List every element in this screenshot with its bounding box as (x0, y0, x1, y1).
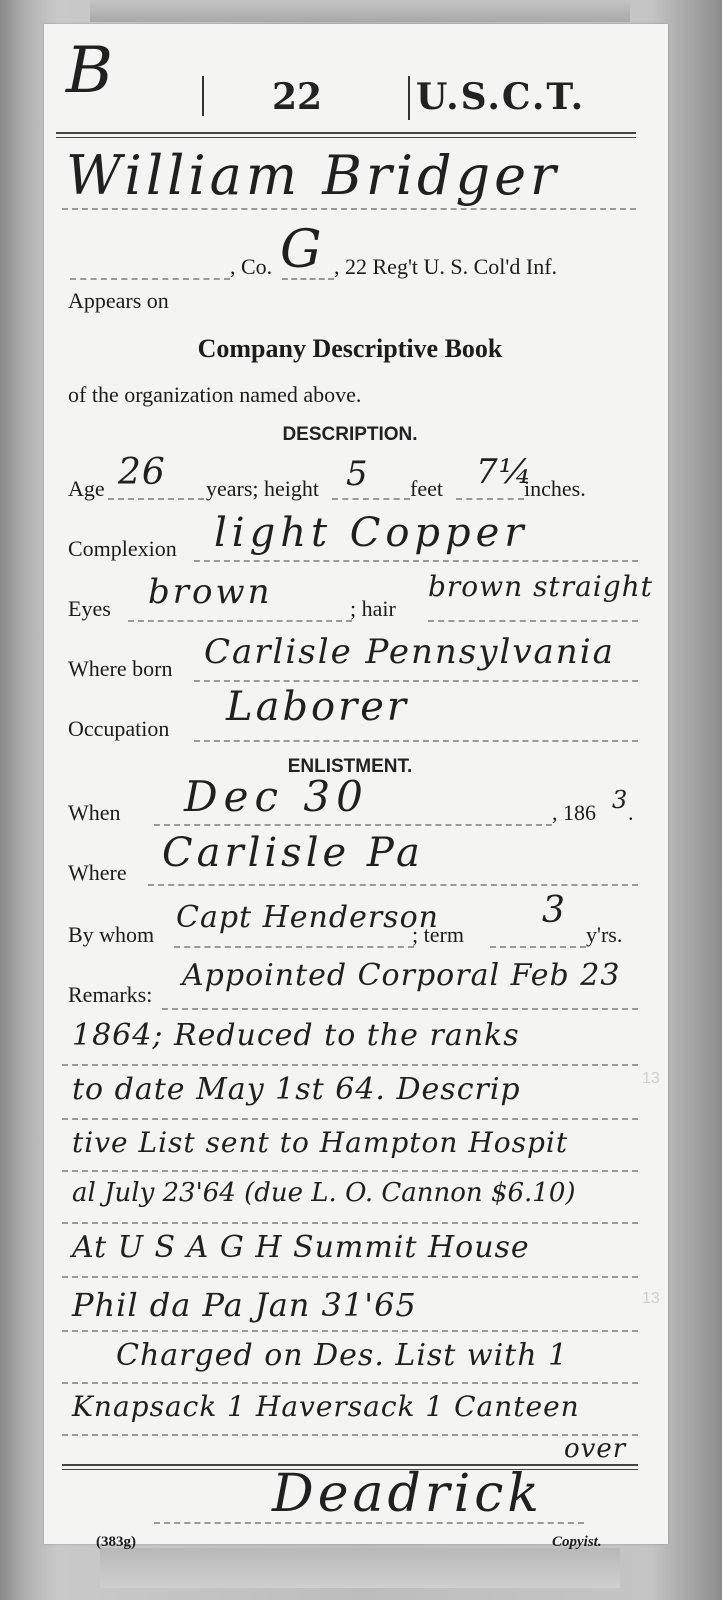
remarks-rule-2 (62, 1064, 638, 1066)
remarks-line-4: tive List sent to Hampton Hospit (72, 1126, 568, 1159)
inches-label: inches. (524, 476, 586, 502)
hair-value: brown straight (428, 570, 653, 603)
remarks-line-8: Charged on Des. List with 1 (116, 1338, 568, 1373)
remarks-line-5: al July 23'64 (due L. O. Cannon $6.10) (72, 1178, 576, 1208)
co-label: , Co. (230, 254, 272, 280)
year-suffix: 3 (612, 786, 628, 814)
form-number: (383g) (96, 1534, 136, 1551)
eyes-label: Eyes (68, 596, 111, 622)
feet-line (332, 498, 410, 500)
header-initial: B (66, 34, 114, 108)
occupation-line (194, 740, 638, 742)
appears-on: Appears on (68, 288, 169, 314)
where-born-label: Where born (68, 656, 172, 682)
remarks-rule-7 (62, 1330, 638, 1332)
term-unit: y'rs. (586, 922, 622, 948)
by-whom-label: By whom (68, 922, 154, 948)
scan-bottom-shadow (100, 1548, 620, 1588)
term-label: ; term (412, 922, 464, 948)
by-whom-value: Capt Henderson (176, 900, 439, 935)
height-feet-value: 5 (346, 454, 369, 494)
header-divider-left (202, 76, 204, 116)
name-line (62, 208, 636, 210)
copyist-label: Copyist. (552, 1534, 602, 1551)
remarks-line-9: Knapsack 1 Haversack 1 Canteen (72, 1390, 580, 1423)
header-divider-right (408, 76, 410, 120)
service-record-card: B 22 U.S.C.T. William Bridger , Co. G , … (44, 24, 668, 1544)
year-prefix: , 186 (552, 800, 596, 826)
company-letter: G (280, 220, 323, 280)
remarks-rule-4 (62, 1170, 638, 1172)
margin-mark-2: 13 (642, 1290, 660, 1308)
where-value: Carlisle Pa (162, 830, 424, 876)
copyist-line (154, 1522, 584, 1524)
remarks-rule-8 (62, 1382, 638, 1384)
remarks-line-3: to date May 1st 64. Descrip (72, 1072, 521, 1107)
year-period: . (628, 800, 634, 826)
years-height-label: years; height (206, 476, 319, 502)
when-line (154, 824, 552, 826)
remarks-line-6: At U S A G H Summit House (72, 1230, 530, 1265)
eyes-line (128, 620, 352, 622)
occupation-value: Laborer (226, 684, 409, 730)
copyist-signature: Deadrick (272, 1464, 543, 1524)
book-title: Company Descriptive Book (44, 334, 656, 364)
inches-line (456, 498, 524, 500)
where-label: Where (68, 860, 127, 886)
regiment-text: , 22 Reg't U. S. Col'd Inf. (334, 254, 557, 280)
company-line (282, 278, 334, 280)
remarks-rule-3 (62, 1118, 638, 1120)
remarks-label: Remarks: (68, 982, 152, 1008)
remarks-rule-5 (62, 1222, 638, 1224)
where-born-line (194, 680, 638, 682)
remarks-line-7: Phil da Pa Jan 31'65 (72, 1286, 417, 1324)
complexion-line (194, 560, 638, 562)
term-value: 3 (542, 890, 566, 931)
remarks-line-1: Appointed Corporal Feb 23 (182, 958, 620, 993)
scan-top-shadow (90, 0, 630, 22)
header-rule-bottom (56, 137, 636, 138)
remarks-line-2: 1864; Reduced to the ranks (72, 1018, 520, 1053)
organization-text: of the organization named above. (68, 382, 361, 408)
unit-abbrev: U.S.C.T. (416, 76, 585, 118)
hair-line (428, 620, 638, 622)
feet-label: feet (410, 476, 443, 502)
header-rule-top (56, 132, 636, 134)
age-label: Age (68, 476, 105, 502)
when-label: When (68, 800, 121, 826)
where-line (148, 884, 638, 886)
complexion-label: Complexion (68, 536, 177, 562)
complexion-value: light Copper (214, 510, 528, 556)
margin-mark-1: 13 (642, 1070, 660, 1088)
where-born-value: Carlisle Pennsylvania (204, 632, 615, 672)
remarks-rule-1 (162, 1008, 638, 1010)
remarks-over: over (564, 1434, 626, 1464)
company-blank-line (70, 278, 230, 280)
regiment-number: 22 (272, 76, 322, 118)
age-line (108, 498, 204, 500)
by-whom-line (174, 946, 414, 948)
occupation-label: Occupation (68, 716, 169, 742)
eyes-value: brown (148, 572, 273, 612)
term-line (490, 946, 586, 948)
description-heading: DESCRIPTION. (44, 424, 656, 446)
when-value: Dec 30 (184, 772, 369, 821)
hair-label: ; hair (350, 596, 396, 622)
remarks-rule-9 (62, 1434, 638, 1436)
soldier-name: William Bridger (66, 144, 560, 207)
age-value: 26 (118, 452, 166, 493)
remarks-rule-6 (62, 1276, 638, 1278)
